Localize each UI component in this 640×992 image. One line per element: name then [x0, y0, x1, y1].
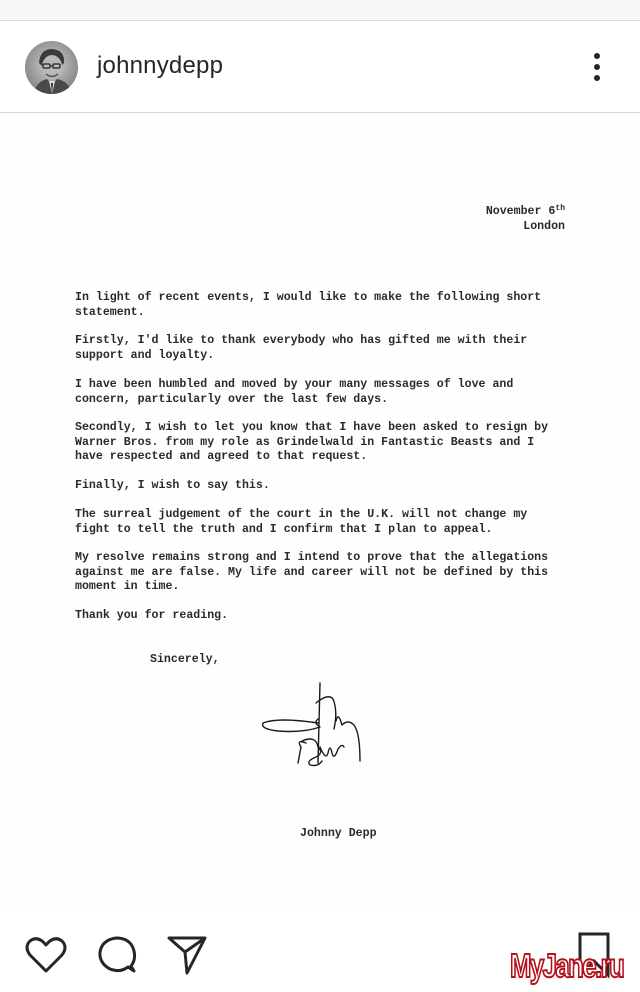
status-bar-area: [0, 0, 640, 21]
avatar[interactable]: [25, 41, 78, 94]
more-options-button[interactable]: [585, 51, 609, 83]
share-button[interactable]: [166, 935, 210, 980]
paragraph: Secondly, I wish to let you know that I …: [75, 421, 570, 465]
date-suffix: th: [555, 204, 565, 213]
letter-document: November 6th London In light of recent e…: [0, 113, 640, 913]
paragraph: Firstly, I'd like to thank everybody who…: [75, 334, 570, 363]
paragraph: In light of recent events, I would like …: [75, 291, 570, 320]
profile-photo-icon: [25, 41, 78, 94]
paragraph: My resolve remains strong and I intend t…: [75, 551, 570, 595]
comment-icon: [96, 935, 140, 975]
paragraph: The surreal judgement of the court in th…: [75, 508, 570, 537]
closing: Sincerely,: [150, 653, 220, 668]
paragraph: Finally, I wish to say this.: [75, 479, 570, 494]
heart-icon: [24, 935, 68, 975]
like-button[interactable]: [24, 935, 68, 980]
paragraph: I have been humbled and moved by your ma…: [75, 378, 570, 407]
letter-date: November 6th London: [486, 205, 565, 234]
paragraph: Thank you for reading.: [75, 609, 570, 624]
send-icon: [166, 935, 210, 975]
post-image[interactable]: November 6th London In light of recent e…: [0, 113, 640, 913]
signed-name: Johnny Depp: [300, 827, 377, 842]
post-header: johnnydepp: [0, 21, 640, 113]
more-dot: [594, 75, 600, 81]
date-text: November 6: [486, 205, 556, 218]
signature-icon: [258, 681, 383, 771]
comment-button[interactable]: [96, 935, 140, 980]
more-dot: [594, 64, 600, 70]
watermark-logo: MyJane.ru: [510, 948, 623, 984]
letter-location: London: [486, 220, 565, 235]
more-vertical-icon: [594, 53, 600, 59]
username-link[interactable]: johnnydepp: [97, 52, 223, 80]
